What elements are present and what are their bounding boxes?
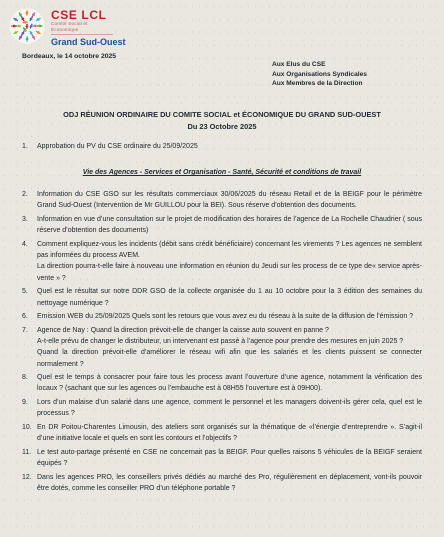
logo: CSE LCL Comité Social et Économique Gran… — [8, 7, 126, 48]
agenda-content: 1. Approbation du PV du CSE ordinaire du… — [22, 141, 422, 497]
agenda-item: 1. Approbation du PV du CSE ordinaire du… — [22, 141, 422, 152]
recipient-line: Aux Elus du CSE — [272, 60, 367, 70]
agenda-paragraph: Le test auto-partage présenté en CSE ne … — [37, 447, 422, 469]
agenda-item: 7.Agence de Nay : Quand la direction pré… — [22, 325, 422, 370]
agenda-item-number: 4. — [22, 239, 37, 284]
agenda-item-text: Comment expliquez-vous les incidents (dé… — [37, 239, 422, 284]
agenda-item-number: 6. — [22, 311, 37, 322]
agenda-item-text: Dans les agences PRO, les conseillers pr… — [37, 472, 422, 494]
agenda-item-text: Emission WEB du 25/09/2025 Quels sont le… — [37, 311, 422, 322]
agenda-item: 8.Quel est le temps à consacrer pour fai… — [22, 372, 422, 394]
agenda-item-text: Information du CSE GSO sur les résultats… — [37, 189, 422, 211]
agenda-item-text: Agence de Nay : Quand la direction prévo… — [37, 325, 422, 370]
agenda-item: 10.En DR Poitou-Charentes Limousin, des … — [22, 422, 422, 444]
agenda-item-text: Quel est le temps à consacrer pour faire… — [37, 372, 422, 394]
agenda-item-text: Information en vue d’une consultation su… — [37, 214, 422, 236]
agenda-paragraph: Quel est le temps à consacrer pour faire… — [37, 372, 422, 394]
agenda-item-text: Le test auto-partage présenté en CSE ne … — [37, 447, 422, 469]
agenda-paragraph: En DR Poitou-Charentes Limousin, des ate… — [37, 422, 422, 444]
agenda-paragraph: Lors d’un malaise d’un salarié dans une … — [37, 397, 422, 419]
agenda-item-number: 10. — [22, 422, 37, 444]
agenda-paragraph: Emission WEB du 25/09/2025 Quels sont le… — [37, 311, 422, 322]
agenda-paragraph: Comment expliquez-vous les incidents (dé… — [37, 239, 422, 261]
recipient-line: Aux Membres de la Direction — [272, 79, 367, 89]
section-heading: Vie des Agences - Services et Organisati… — [22, 167, 422, 178]
agenda-item: 12.Dans les agences PRO, les conseillers… — [22, 472, 422, 494]
agenda-item: 6.Emission WEB du 25/09/2025 Quels sont … — [22, 311, 422, 322]
document-title: ODJ RÉUNION ORDINAIRE DU COMITE SOCIAL e… — [0, 109, 444, 133]
agenda-paragraph: Dans les agences PRO, les conseillers pr… — [37, 472, 422, 494]
agenda-item: 3.Information en vue d’une consultation … — [22, 214, 422, 236]
logo-subtitle: Comité Social et Économique — [51, 21, 113, 35]
agenda-paragraph: Information en vue d’une consultation su… — [37, 214, 422, 236]
globe-of-people-icon — [8, 7, 46, 45]
agenda-item-number: 3. — [22, 214, 37, 236]
agenda-item: 11.Le test auto-partage présenté en CSE … — [22, 447, 422, 469]
agenda-item-number: 1. — [22, 141, 37, 152]
agenda-item-number: 5. — [22, 286, 37, 308]
recipients-block: Aux Elus du CSE Aux Organisations Syndic… — [272, 60, 367, 89]
logo-text: CSE LCL Comité Social et Économique Gran… — [51, 7, 126, 48]
dateline: Bordeaux, le 14 octobre 2025 — [22, 53, 116, 60]
agenda-list: 2.Information du CSE GSO sur les résulta… — [22, 189, 422, 494]
title-line-2: Du 23 Octobre 2025 — [0, 121, 444, 133]
agenda-item-number: 12. — [22, 472, 37, 494]
agenda-item-text: Quel est le résultat sur notre DDR GSO d… — [37, 286, 422, 308]
agenda-item: 2.Information du CSE GSO sur les résulta… — [22, 189, 422, 211]
logo-region: Grand Sud-Ouest — [51, 37, 126, 48]
agenda-item-number: 7. — [22, 325, 37, 370]
agenda-paragraph: Agence de Nay : Quand la direction prévo… — [37, 325, 422, 336]
agenda-item-text: En DR Poitou-Charentes Limousin, des ate… — [37, 422, 422, 444]
recipient-line: Aux Organisations Syndicales — [272, 70, 367, 80]
agenda-item-number: 9. — [22, 397, 37, 419]
agenda-paragraph: Quand la direction prévoit-elle d’amélio… — [37, 347, 422, 369]
agenda-item: 9.Lors d’un malaise d’un salarié dans un… — [22, 397, 422, 419]
title-line-1: ODJ RÉUNION ORDINAIRE DU COMITE SOCIAL e… — [0, 109, 444, 121]
agenda-item: 4.Comment expliquez-vous les incidents (… — [22, 239, 422, 284]
logo-title: CSE LCL — [51, 10, 126, 21]
agenda-item-number: 2. — [22, 189, 37, 211]
agenda-paragraph: A-t-elle prévu de changer le distributeu… — [37, 336, 422, 347]
agenda-item-number: 11. — [22, 447, 37, 469]
agenda-item: 5.Quel est le résultat sur notre DDR GSO… — [22, 286, 422, 308]
agenda-item-text: Approbation du PV du CSE ordinaire du 25… — [37, 141, 422, 152]
agenda-paragraph: Information du CSE GSO sur les résultats… — [37, 189, 422, 211]
agenda-item-text: Lors d’un malaise d’un salarié dans une … — [37, 397, 422, 419]
agenda-item-number: 8. — [22, 372, 37, 394]
agenda-paragraph: Quel est le résultat sur notre DDR GSO d… — [37, 286, 422, 308]
document-page: CSE LCL Comité Social et Économique Gran… — [0, 0, 444, 537]
agenda-paragraph: La direction pourra-t-elle faire à nouve… — [37, 261, 422, 283]
